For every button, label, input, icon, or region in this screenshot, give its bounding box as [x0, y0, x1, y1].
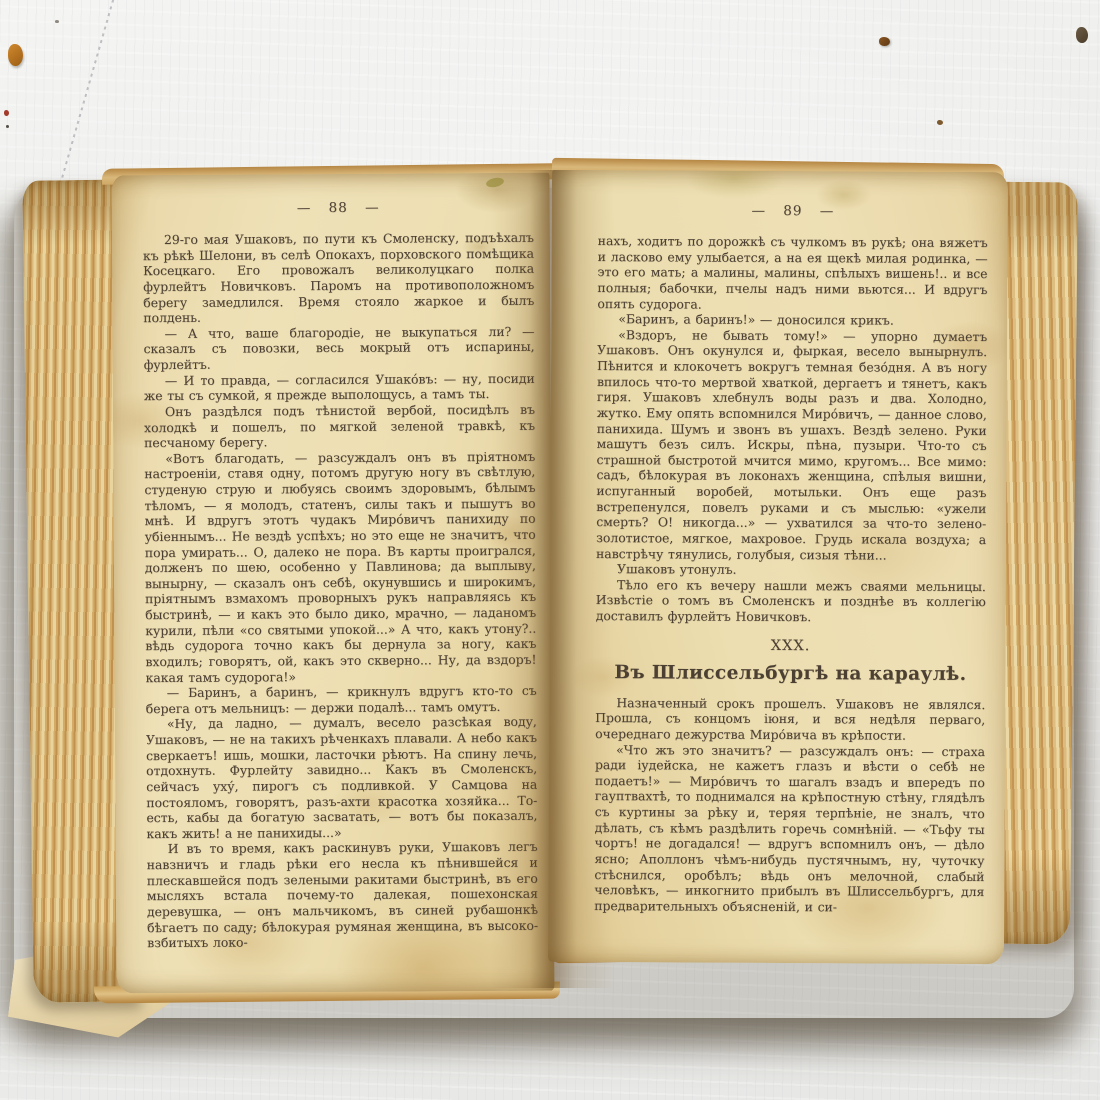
paragraph: Тѣло его къ вечеру нашли межъ сваями мел… — [596, 577, 986, 626]
page-89: — 89 — нахъ, ходитъ по дорожкѣ съ чулком… — [548, 170, 1008, 964]
page-88: — 88 — 29-го мая Ушаковъ, по пути къ Смо… — [112, 173, 555, 994]
paragraph: Назначенный срокъ прошелъ. Ушаковъ не яв… — [595, 695, 985, 744]
paragraph: «Вздоръ, не бывать тому!» — упорно думае… — [596, 327, 987, 563]
crumb-speck — [6, 125, 9, 128]
crumb-speck — [879, 37, 890, 46]
paragraph: «Ну, да ладно, — думалъ, весело разсѣкая… — [146, 714, 538, 841]
paragraph: «Что жъ это значитъ? — разсуждалъ онъ: —… — [594, 742, 985, 916]
paragraph: И въ то время, какъ раскинувъ руки, Ушак… — [147, 839, 539, 951]
paragraph: «Вотъ благодать, — разсуждалъ онъ въ прі… — [144, 449, 536, 686]
paragraph: — И то правда, — согласился Ушако́въ: — … — [144, 370, 535, 404]
paragraph: — Баринъ, а баринъ, — крикнулъ вдругъ кт… — [146, 683, 537, 717]
page-number-right: — 89 — — [598, 202, 988, 220]
crumb-speck — [1076, 27, 1088, 43]
page-89-text-top: нахъ, ходитъ по дорожкѣ съ чулкомъ въ ру… — [596, 233, 988, 626]
page-88-text: 29-го мая Ушаковъ, по пути къ Смоленску,… — [143, 230, 538, 951]
open-book: — 88 — 29-го мая Ушаковъ, по пути къ Смо… — [28, 158, 1076, 1020]
paragraph: нахъ, ходитъ по дорожкѣ съ чулкомъ въ ру… — [597, 233, 987, 313]
paragraph: — А что, ваше благородіе, не выкупаться … — [143, 324, 534, 373]
chapter-title: Въ Шлиссельбургѣ на караулѣ. — [595, 662, 985, 685]
page-89-text-bottom: Назначенный срокъ прошелъ. Ушаковъ не яв… — [594, 695, 985, 916]
paragraph: Онъ раздѣлся подъ тѣнистой вербой, посид… — [144, 402, 535, 451]
crumb-speck — [8, 44, 23, 66]
paragraph: Ушаковъ утонулъ. — [596, 561, 986, 579]
crumb-speck — [55, 20, 59, 23]
crumb-speck — [937, 120, 943, 125]
photo-of-open-book: { "colors": { "table": "#eeeeec", "paper… — [0, 0, 1100, 1100]
paragraph: «Баринъ, а баринъ!» — доносился крикъ. — [597, 311, 987, 329]
crumb-speck — [4, 110, 9, 116]
paragraph: 29-го мая Ушаковъ, по пути къ Смоленску,… — [143, 230, 535, 326]
page-number-left: — 88 — — [143, 199, 534, 217]
chapter-numeral: XXX. — [596, 637, 986, 655]
